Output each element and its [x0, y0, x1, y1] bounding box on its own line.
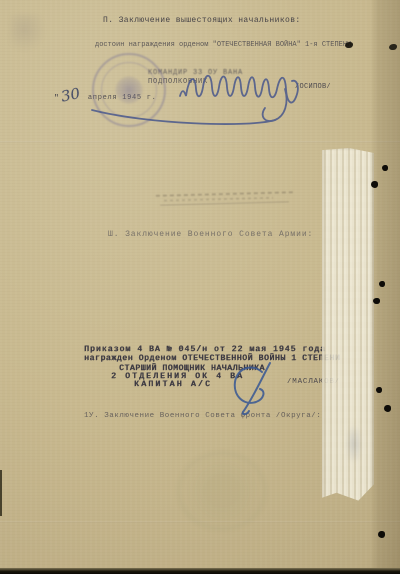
section-iv-heading: 1У. Заключение Военного Совета фронта /О… [84, 412, 321, 420]
officer-rank-line: КАПИТАН А/С [134, 380, 212, 389]
handwritten-day: 30 [59, 84, 81, 106]
ink-fleck [371, 181, 378, 188]
section-iii-heading: Ш. Заключение Военного Совета Армии: [108, 230, 313, 239]
scanned-document-page: П. Заключение вышестоящих начальников: д… [0, 0, 400, 574]
officer-signature [222, 360, 280, 416]
date-quote-mark: " [54, 94, 59, 103]
photo-edge-left [0, 470, 2, 516]
paper-crease [0, 141, 400, 143]
ink-fleck [384, 405, 391, 412]
ink-fleck [378, 531, 385, 538]
order-line-1: Приказом 4 ВА № 045/н от 22 мая 1945 год… [84, 345, 326, 354]
pencil-smudge [10, 14, 46, 52]
worthiness-line: достоин награждения орденом "ОТЕЧЕСТВЕНН… [95, 41, 351, 49]
ink-fleck [373, 298, 380, 304]
section-ii-heading: П. Заключение вышестоящих начальников: [103, 16, 301, 25]
ink-fleck [382, 165, 388, 171]
faint-round-seal [178, 452, 266, 530]
ink-smudge [346, 424, 362, 464]
order-line-2: награжден Орденом ОТЕЧЕСТВЕННОЙ ВОЙНЫ 1 … [84, 354, 340, 363]
photo-edge-bottom [0, 568, 400, 574]
ink-fleck [376, 387, 382, 393]
ink-fleck [379, 281, 385, 287]
faint-ink-stamp [156, 191, 296, 209]
ink-blot [345, 42, 353, 48]
commander-signature [88, 58, 328, 130]
ink-blot [389, 44, 397, 50]
